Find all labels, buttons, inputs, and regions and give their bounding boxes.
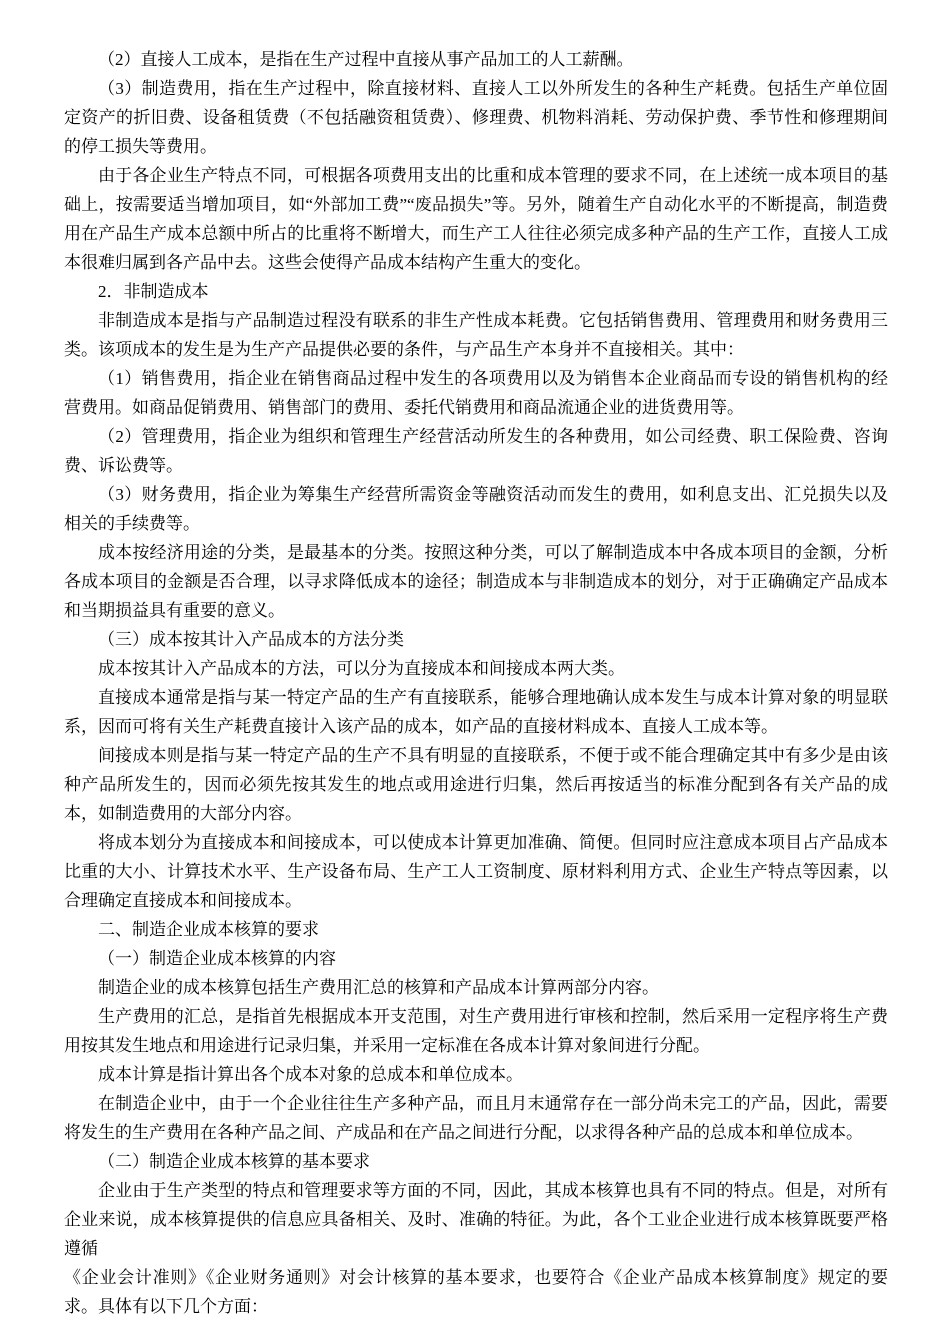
document-heading: （一）制造企业成本核算的内容 — [64, 944, 888, 973]
document-paragraph: （1）销售费用，指企业在销售商品过程中发生的各项费用以及为销售本企业商品而专设的… — [64, 364, 888, 422]
document-content: （2）直接人工成本，是指在生产过程中直接从事产品加工的人工薪酬。（3）制造费用，… — [64, 45, 888, 1321]
document-paragraph: 将成本划分为直接成本和间接成本，可以使成本计算更加准确、简便。但同时应注意成本项… — [64, 828, 888, 915]
document-paragraph: 生产费用的汇总，是指首先根据成本开支范围，对生产费用进行审核和控制，然后采用一定… — [64, 1002, 888, 1060]
document-paragraph: 成本按经济用途的分类，是最基本的分类。按照这种分类，可以了解制造成本中各成本项目… — [64, 538, 888, 625]
document-paragraph: 企业由于生产类型的特点和管理要求等方面的不同，因此，其成本核算也具有不同的特点。… — [64, 1176, 888, 1263]
document-paragraph: 成本按其计入产品成本的方法，可以分为直接成本和间接成本两大类。 — [64, 654, 888, 683]
document-paragraph: 《企业会计准则》《企业财务通则》对会计核算的基本要求，也要符合《企业产品成本核算… — [64, 1263, 888, 1321]
document-paragraph: 在制造企业中，由于一个企业往往生产多种产品，而且月末通常存在一部分尚未完工的产品… — [64, 1089, 888, 1147]
document-heading: 二、制造企业成本核算的要求 — [64, 915, 888, 944]
document-paragraph: 直接成本通常是指与某一特定产品的生产有直接联系，能够合理地确认成本发生与成本计算… — [64, 683, 888, 741]
document-heading: 2．非制造成本 — [64, 277, 888, 306]
document-heading: （二）制造企业成本核算的基本要求 — [64, 1147, 888, 1176]
document-paragraph: 制造企业的成本核算包括生产费用汇总的核算和产品成本计算两部分内容。 — [64, 973, 888, 1002]
document-paragraph: （2）管理费用，指企业为组织和管理生产经营活动所发生的各种费用，如公司经费、职工… — [64, 422, 888, 480]
document-paragraph: 由于各企业生产特点不同，可根据各项费用支出的比重和成本管理的要求不同，在上述统一… — [64, 161, 888, 277]
document-paragraph: 成本计算是指计算出各个成本对象的总成本和单位成本。 — [64, 1060, 888, 1089]
document-paragraph: 间接成本则是指与某一特定产品的生产不具有明显的直接联系，不便于或不能合理确定其中… — [64, 741, 888, 828]
document-heading: （三）成本按其计入产品成本的方法分类 — [64, 625, 888, 654]
document-paragraph: （3）财务费用，指企业为筹集生产经营所需资金等融资活动而发生的费用，如利息支出、… — [64, 480, 888, 538]
document-paragraph: 非制造成本是指与产品制造过程没有联系的非生产性成本耗费。它包括销售费用、管理费用… — [64, 306, 888, 364]
document-page: （2）直接人工成本，是指在生产过程中直接从事产品加工的人工薪酬。（3）制造费用，… — [0, 0, 950, 1344]
document-paragraph: （2）直接人工成本，是指在生产过程中直接从事产品加工的人工薪酬。 — [64, 45, 888, 74]
document-paragraph: （3）制造费用，指在生产过程中，除直接材料、直接人工以外所发生的各种生产耗费。包… — [64, 74, 888, 161]
